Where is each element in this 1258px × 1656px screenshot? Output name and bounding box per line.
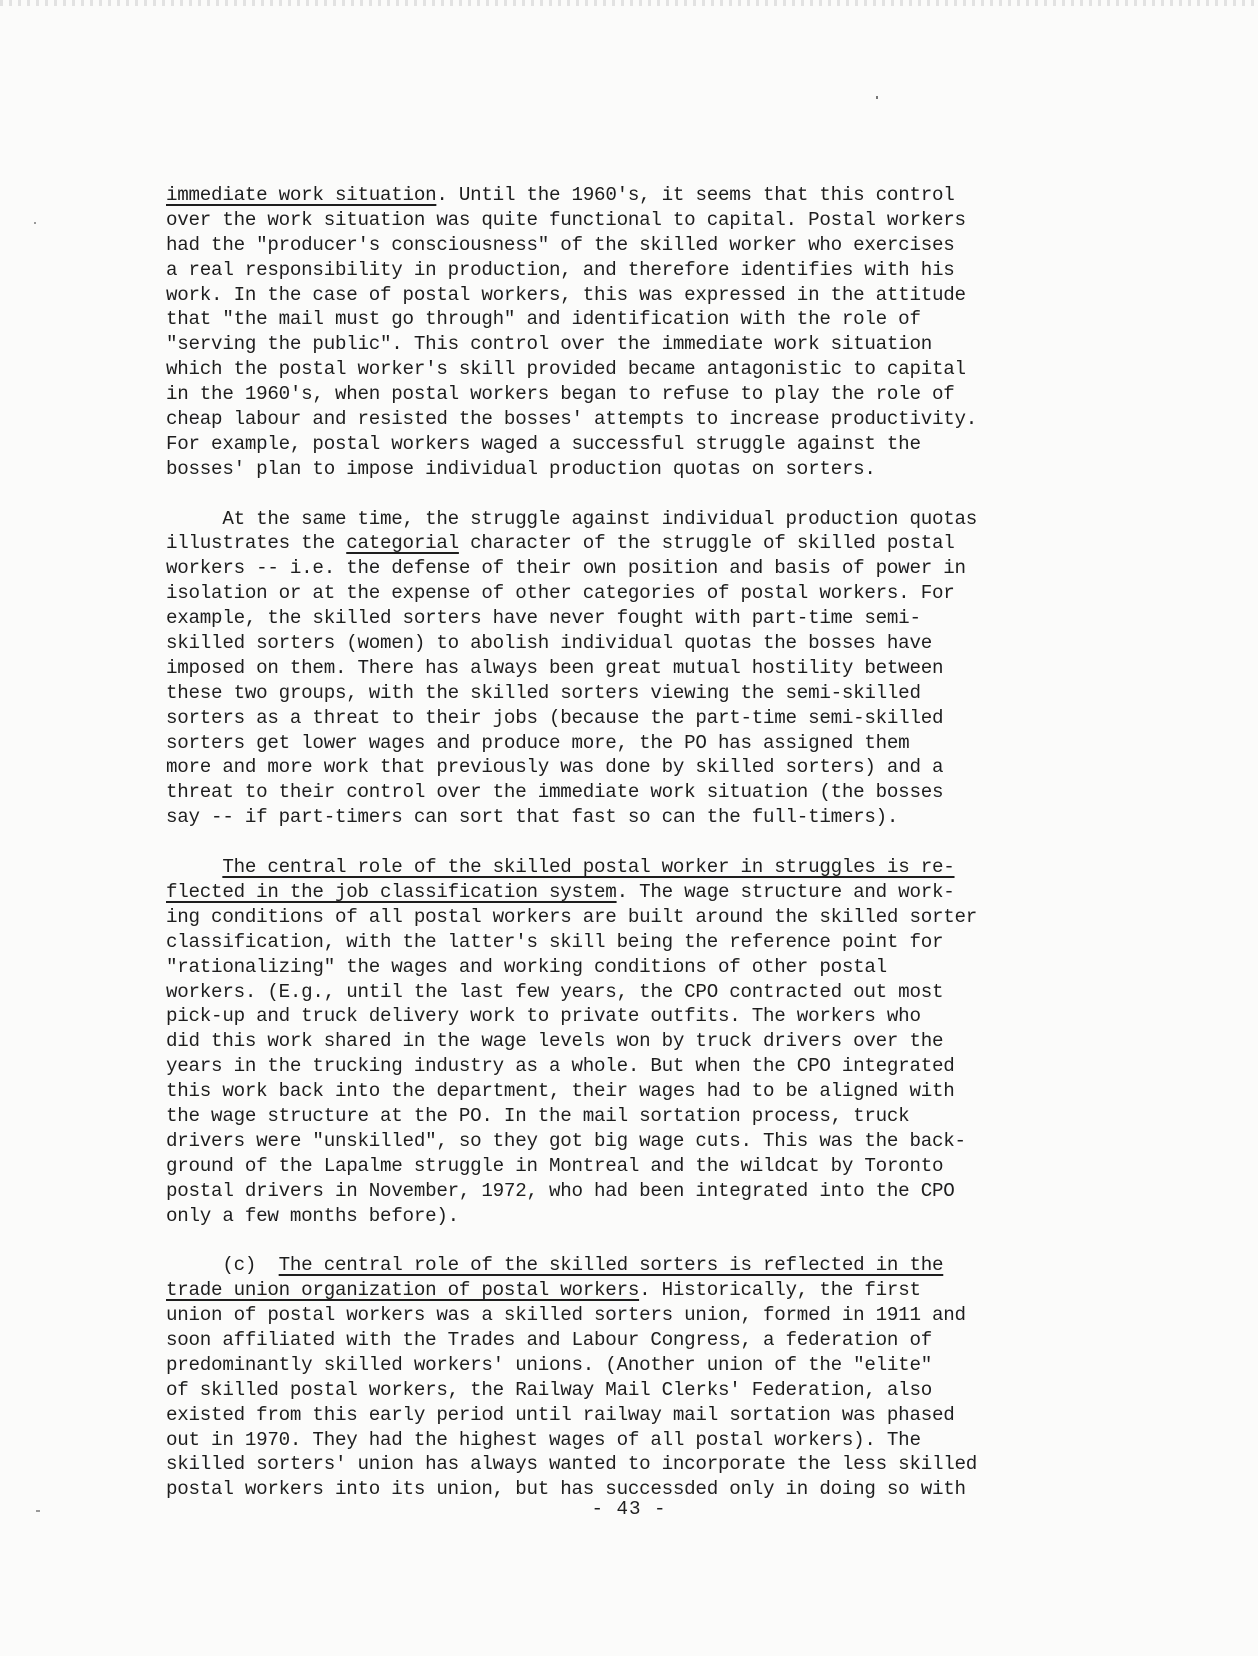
- text-segment: a real responsibility in production, and…: [166, 259, 955, 281]
- text-line: trade union organization of postal worke…: [166, 1278, 1086, 1303]
- text-segment: (c): [166, 1254, 279, 1276]
- text-segment: of skilled postal workers, the Railway M…: [166, 1379, 932, 1401]
- text-segment: postal drivers in November, 1972, who ha…: [166, 1180, 955, 1202]
- text-line: had the "producer's consciousness" of th…: [166, 233, 1086, 258]
- text-segment: sorters get lower wages and produce more…: [166, 732, 909, 754]
- text-line: that "the mail must go through" and iden…: [166, 307, 1086, 332]
- text-segment: ing conditions of all postal workers are…: [166, 906, 977, 928]
- text-segment: isolation or at the expense of other cat…: [166, 582, 955, 604]
- text-segment: [166, 856, 222, 878]
- text-line: soon affiliated with the Trades and Labo…: [166, 1328, 1086, 1353]
- text-line: in the 1960's, when postal workers began…: [166, 382, 1086, 407]
- text-segment: classification, with the latter's skill …: [166, 931, 943, 953]
- text-line: "rationalizing" the wages and working co…: [166, 955, 1086, 980]
- text-line: years in the trucking industry as a whol…: [166, 1054, 1086, 1079]
- scan-speck: [876, 96, 878, 99]
- text-segment: the wage structure at the PO. In the mai…: [166, 1105, 909, 1127]
- text-line: ground of the Lapalme struggle in Montre…: [166, 1154, 1086, 1179]
- text-line: drivers were "unskilled", so they got bi…: [166, 1129, 1086, 1154]
- text-line: of skilled postal workers, the Railway M…: [166, 1378, 1086, 1403]
- text-segment: "serving the public". This control over …: [166, 333, 932, 355]
- text-segment: . The wage structure and work-: [617, 881, 955, 903]
- text-segment: soon affiliated with the Trades and Labo…: [166, 1329, 932, 1351]
- text-segment: At the same time, the struggle against i…: [166, 508, 977, 530]
- text-segment: . Historically, the first: [639, 1279, 921, 1301]
- text-line: The central role of the skilled postal w…: [166, 855, 1086, 880]
- text-segment: over the work situation was quite functi…: [166, 209, 966, 231]
- text-segment: that "the mail must go through" and iden…: [166, 308, 921, 330]
- text-segment: skilled sorters' union has always wanted…: [166, 1453, 977, 1475]
- text-segment: workers. (E.g., until the last few years…: [166, 981, 943, 1003]
- text-line: bosses' plan to impose individual produc…: [166, 457, 1086, 482]
- text-segment: workers -- i.e. the defense of their own…: [166, 557, 966, 579]
- document-body: immediate work situation. Until the 1960…: [166, 183, 1086, 1502]
- text-segment: example, the skilled sorters have never …: [166, 607, 921, 629]
- text-segment: imposed on them. There has always been g…: [166, 657, 943, 679]
- underlined-text: trade union organization of postal worke…: [166, 1279, 639, 1301]
- underlined-text: immediate work situation: [166, 184, 436, 206]
- text-line: flected in the job classification system…: [166, 880, 1086, 905]
- text-segment: more and more work that previously was d…: [166, 756, 943, 778]
- text-line: out in 1970. They had the highest wages …: [166, 1428, 1086, 1453]
- text-line: example, the skilled sorters have never …: [166, 606, 1086, 631]
- text-line: workers. (E.g., until the last few years…: [166, 980, 1086, 1005]
- text-line: sorters get lower wages and produce more…: [166, 731, 1086, 756]
- text-segment: ground of the Lapalme struggle in Montre…: [166, 1155, 943, 1177]
- text-segment: had the "producer's consciousness" of th…: [166, 234, 955, 256]
- scan-edge-artifact: [0, 0, 1258, 6]
- text-line: immediate work situation. Until the 1960…: [166, 183, 1086, 208]
- text-line: say -- if part-timers can sort that fast…: [166, 805, 1086, 830]
- text-segment: bosses' plan to impose individual produc…: [166, 458, 876, 480]
- paragraph: (c) The central role of the skilled sort…: [166, 1253, 1086, 1502]
- text-segment: skilled sorters (women) to abolish indiv…: [166, 632, 932, 654]
- text-line: union of postal workers was a skilled so…: [166, 1303, 1086, 1328]
- text-line: only a few months before).: [166, 1204, 1086, 1229]
- text-line: pick-up and truck delivery work to priva…: [166, 1004, 1086, 1029]
- page-number: - 43 -: [0, 1498, 1258, 1520]
- underlined-text: The central role of the skilled sorters …: [279, 1254, 944, 1276]
- paragraph-gap: [166, 830, 1086, 855]
- text-segment: postal workers into its union, but has s…: [166, 1478, 966, 1500]
- text-segment: character of the struggle of skilled pos…: [459, 532, 955, 554]
- text-segment: out in 1970. They had the highest wages …: [166, 1429, 921, 1451]
- text-line: workers -- i.e. the defense of their own…: [166, 556, 1086, 581]
- paragraph-gap: [166, 1228, 1086, 1253]
- text-line: existed from this early period until rai…: [166, 1403, 1086, 1428]
- text-line: illustrates the categorial character of …: [166, 531, 1086, 556]
- paragraph: At the same time, the struggle against i…: [166, 507, 1086, 831]
- paragraph: The central role of the skilled postal w…: [166, 855, 1086, 1228]
- text-line: isolation or at the expense of other cat…: [166, 581, 1086, 606]
- text-segment: only a few months before).: [166, 1205, 459, 1227]
- text-segment: years in the trucking industry as a whol…: [166, 1055, 955, 1077]
- paragraph-gap: [166, 482, 1086, 507]
- text-segment: in the 1960's, when postal workers began…: [166, 383, 955, 405]
- text-line: For example, postal workers waged a succ…: [166, 432, 1086, 457]
- text-line: this work back into the department, thei…: [166, 1079, 1086, 1104]
- paragraph: immediate work situation. Until the 1960…: [166, 183, 1086, 482]
- scan-speck: [34, 222, 36, 224]
- text-line: over the work situation was quite functi…: [166, 208, 1086, 233]
- text-line: postal drivers in November, 1972, who ha…: [166, 1179, 1086, 1204]
- text-line: skilled sorters (women) to abolish indiv…: [166, 631, 1086, 656]
- text-line: which the postal worker's skill provided…: [166, 357, 1086, 382]
- text-segment: "rationalizing" the wages and working co…: [166, 956, 887, 978]
- text-line: predominantly skilled workers' unions. (…: [166, 1353, 1086, 1378]
- text-segment: . Until the 1960's, it seems that this c…: [436, 184, 954, 206]
- text-line: the wage structure at the PO. In the mai…: [166, 1104, 1086, 1129]
- text-line: cheap labour and resisted the bosses' at…: [166, 407, 1086, 432]
- text-segment: which the postal worker's skill provided…: [166, 358, 966, 380]
- text-segment: this work back into the department, thei…: [166, 1080, 955, 1102]
- text-line: ing conditions of all postal workers are…: [166, 905, 1086, 930]
- text-line: "serving the public". This control over …: [166, 332, 1086, 357]
- text-line: did this work shared in the wage levels …: [166, 1029, 1086, 1054]
- text-line: At the same time, the struggle against i…: [166, 507, 1086, 532]
- underlined-text: flected in the job classification system: [166, 881, 617, 903]
- text-segment: did this work shared in the wage levels …: [166, 1030, 943, 1052]
- text-segment: say -- if part-timers can sort that fast…: [166, 806, 898, 828]
- text-segment: sorters as a threat to their jobs (becau…: [166, 707, 943, 729]
- text-line: more and more work that previously was d…: [166, 755, 1086, 780]
- text-line: these two groups, with the skilled sorte…: [166, 681, 1086, 706]
- text-segment: these two groups, with the skilled sorte…: [166, 682, 921, 704]
- text-line: sorters as a threat to their jobs (becau…: [166, 706, 1086, 731]
- text-segment: drivers were "unskilled", so they got bi…: [166, 1130, 966, 1152]
- text-line: (c) The central role of the skilled sort…: [166, 1253, 1086, 1278]
- text-segment: threat to their control over the immedia…: [166, 781, 943, 803]
- text-segment: existed from this early period until rai…: [166, 1404, 955, 1426]
- underlined-text: categorial: [346, 532, 459, 554]
- text-segment: illustrates the: [166, 532, 346, 554]
- text-line: a real responsibility in production, and…: [166, 258, 1086, 283]
- underlined-text: The central role of the skilled postal w…: [222, 856, 954, 878]
- text-line: skilled sorters' union has always wanted…: [166, 1452, 1086, 1477]
- text-segment: predominantly skilled workers' unions. (…: [166, 1354, 932, 1376]
- text-segment: pick-up and truck delivery work to priva…: [166, 1005, 921, 1027]
- text-segment: work. In the case of postal workers, thi…: [166, 284, 966, 306]
- text-line: work. In the case of postal workers, thi…: [166, 283, 1086, 308]
- text-segment: cheap labour and resisted the bosses' at…: [166, 408, 977, 430]
- text-segment: union of postal workers was a skilled so…: [166, 1304, 966, 1326]
- text-segment: For example, postal workers waged a succ…: [166, 433, 921, 455]
- text-line: imposed on them. There has always been g…: [166, 656, 1086, 681]
- text-line: threat to their control over the immedia…: [166, 780, 1086, 805]
- text-line: classification, with the latter's skill …: [166, 930, 1086, 955]
